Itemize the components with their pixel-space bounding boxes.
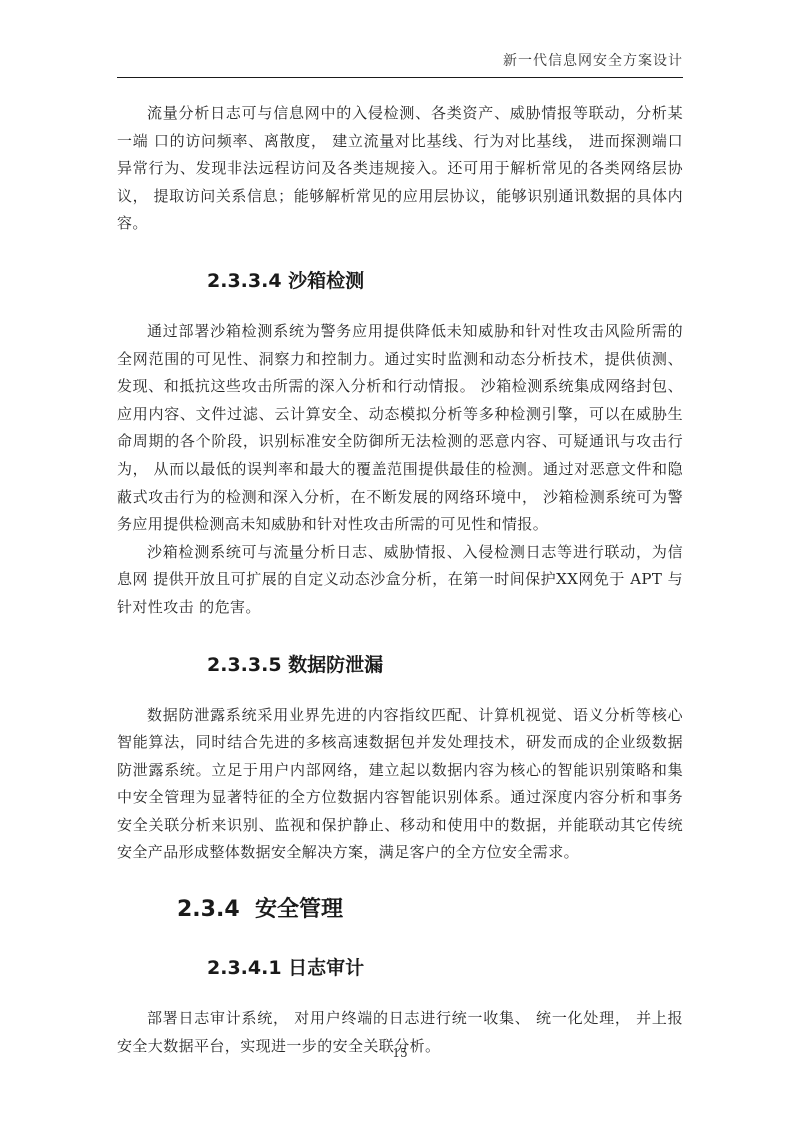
- page-number: 15: [392, 1046, 407, 1060]
- heading-log-audit: 2.3.4.1 日志审计: [207, 955, 683, 981]
- page-header: 新一代信息网安全方案设计: [117, 50, 683, 78]
- page-footer: 15: [0, 1042, 800, 1061]
- heading-data-leak-prevention: 2.3.3.5 数据防泄漏: [207, 652, 683, 678]
- heading-security-management: 2.3.4 安全管理: [177, 895, 683, 925]
- document-page: 新一代信息网安全方案设计 流量分析日志可与信息网中的入侵检测、各类资产、威胁情报…: [0, 0, 800, 1132]
- paragraph-dlp: 数据防泄露系统采用业界先进的内容指纹匹配、计算机视觉、语义分析等核心智能算法，同…: [117, 702, 683, 868]
- heading-sandbox-detection: 2.3.3.4 沙箱检测: [207, 268, 683, 294]
- header-title: 新一代信息网安全方案设计: [503, 53, 683, 69]
- paragraph-traffic-analysis: 流量分析日志可与信息网中的入侵检测、各类资产、威胁情报等联动，分析某一端 口的访…: [117, 100, 683, 238]
- paragraph-sandbox-1: 通过部署沙箱检测系统为警务应用提供降低未知威胁和针对性攻击风险所需的全网范围的可…: [117, 318, 683, 539]
- paragraph-sandbox-2: 沙箱检测系统可与流量分析日志、威胁情报、入侵检测日志等进行联动，为信息网 提供开…: [117, 539, 683, 622]
- document-content: 流量分析日志可与信息网中的入侵检测、各类资产、威胁情报等联动，分析某一端 口的访…: [117, 100, 683, 1060]
